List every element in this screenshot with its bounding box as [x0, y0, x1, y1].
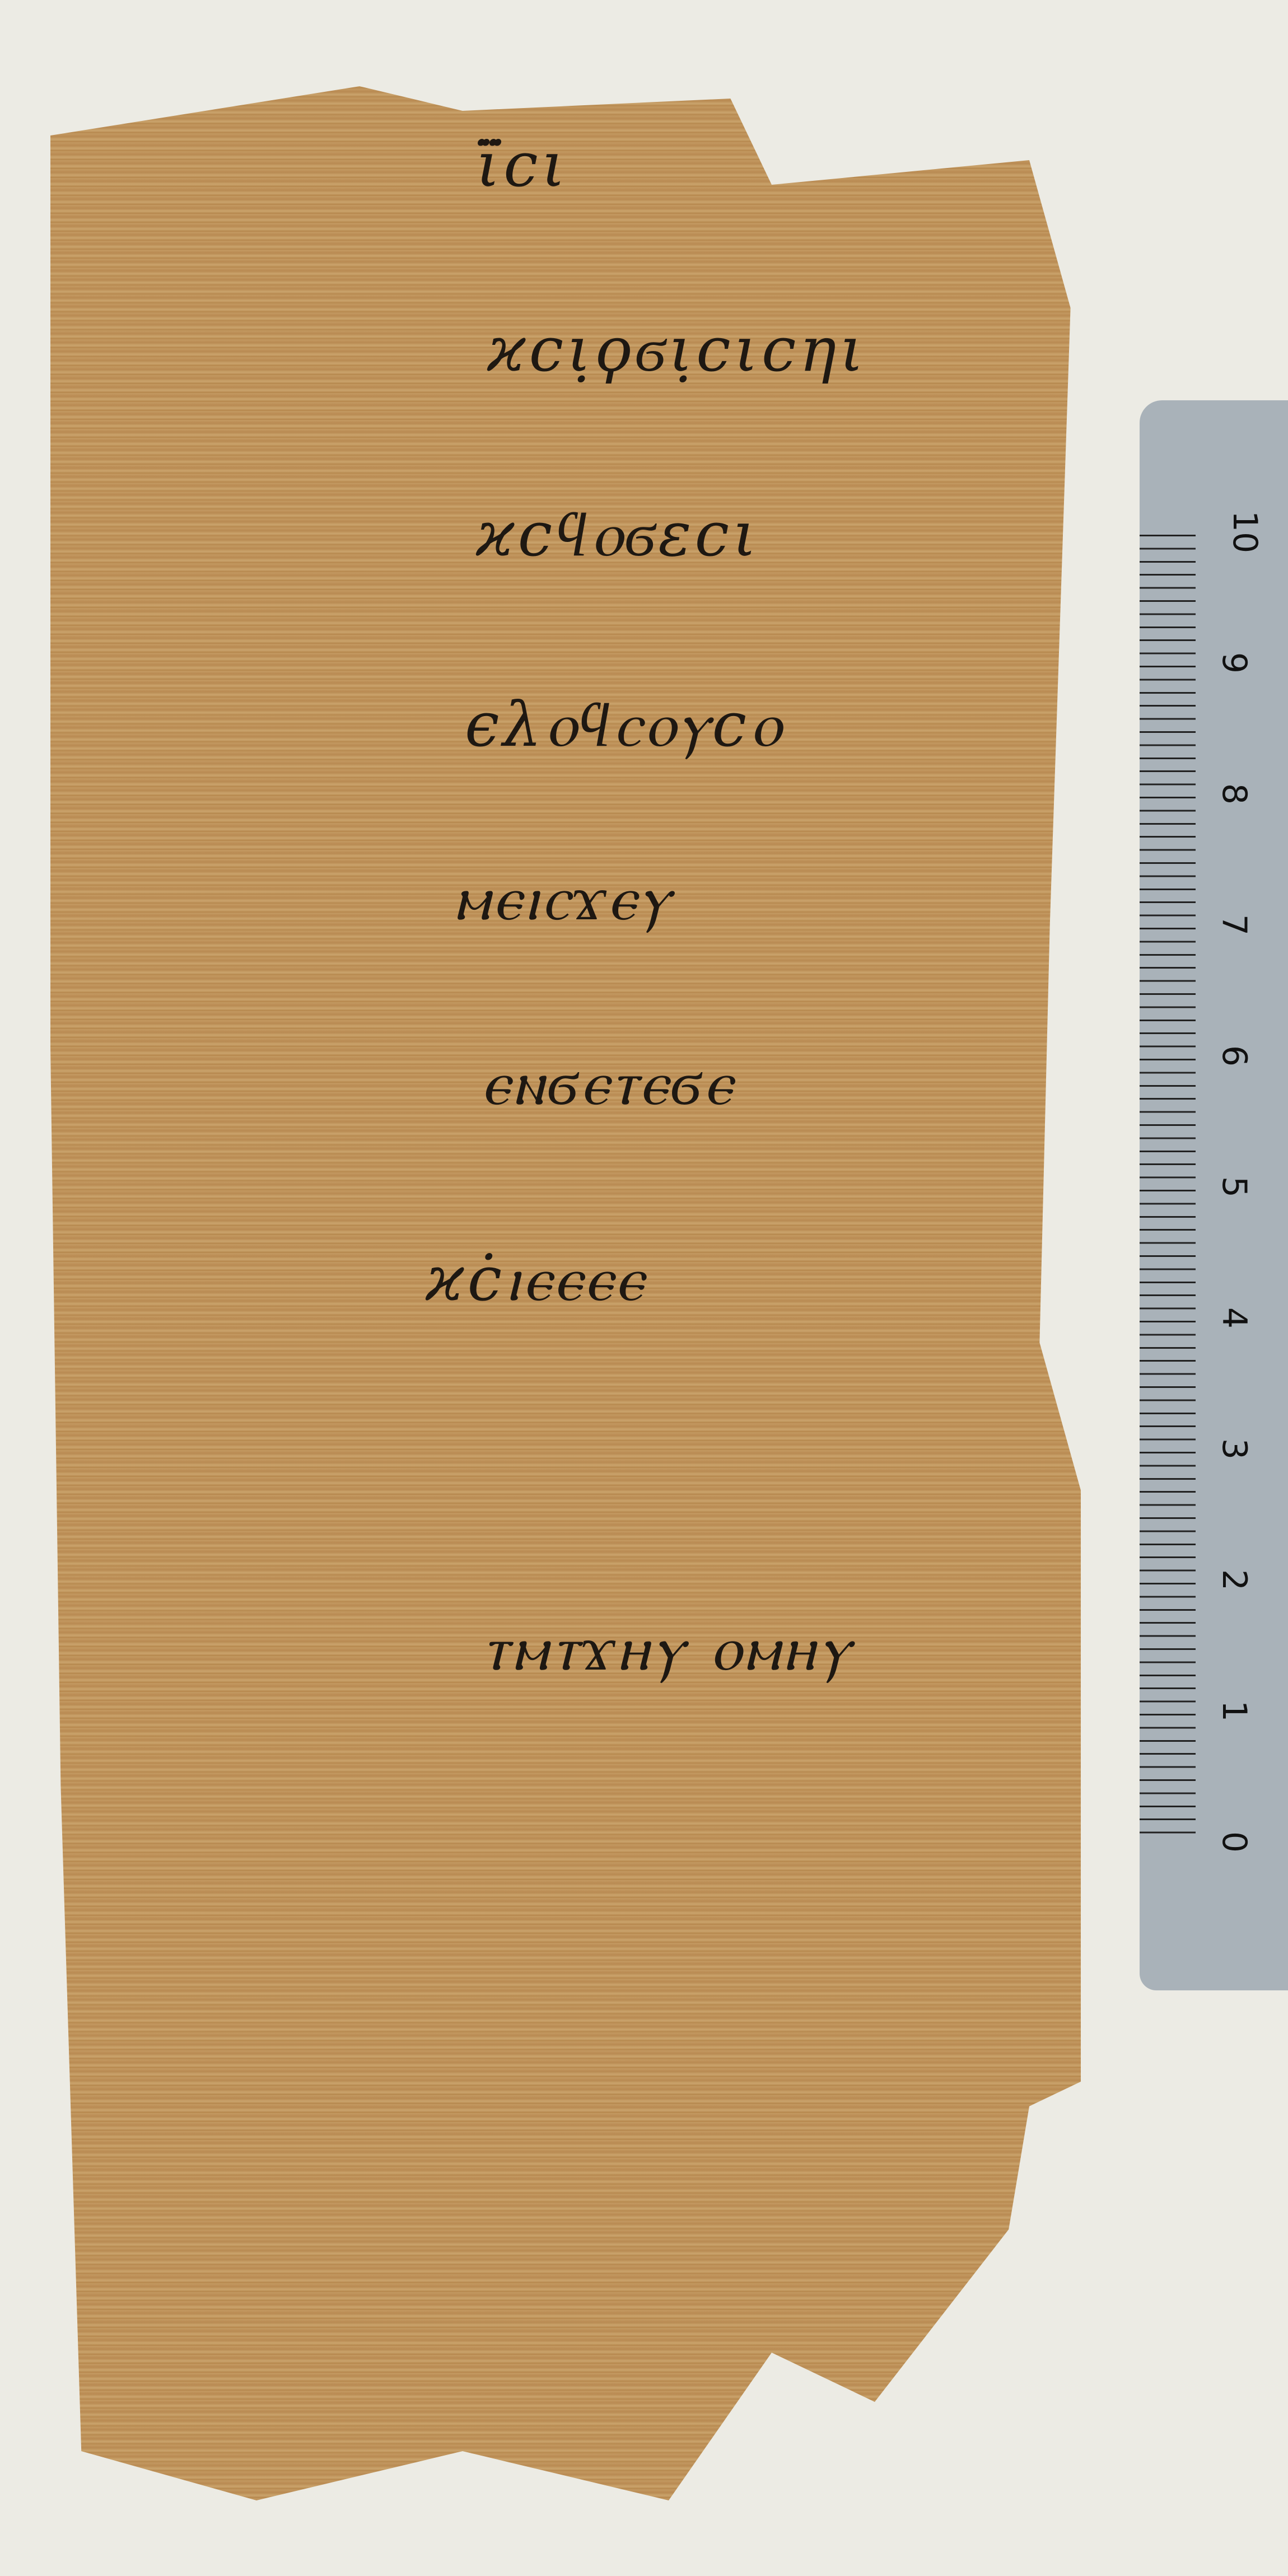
ruler-label: 7	[1215, 914, 1254, 936]
ink-line: ϰϲι̣ϙϭι̣ϲιϲηι	[487, 314, 867, 386]
ruler-label: 6	[1215, 1045, 1254, 1067]
ruler-ticks	[1140, 535, 1196, 1845]
ink-line: ϰϲ̇ⲓⲉⲉⲉⲉ	[426, 1243, 646, 1316]
ink-line: ⲧⲙⲧϫⲏⲩ ⲟⲙⲏⲩ	[482, 1612, 853, 1685]
ruler-label: 8	[1215, 783, 1254, 805]
ink-line: ϰϲϥⲟϭεϲι	[476, 498, 760, 571]
ruler: 109876543210	[1140, 400, 1288, 1990]
ink-line: ⲙⲉⲓⲥϫⲉⲩ	[454, 862, 673, 935]
ink-line: ϵλⲟϥⲥⲟⲩϲⲟ	[465, 689, 783, 761]
ruler-label: 1	[1215, 1700, 1254, 1722]
ruler-label: 0	[1215, 1831, 1254, 1853]
ruler-label: 5	[1215, 1176, 1254, 1198]
ruler-label: 2	[1215, 1569, 1254, 1591]
ink-line: ⲉⲛϭⲉⲧⲉϭⲉ	[482, 1047, 735, 1120]
ruler-label: 4	[1215, 1307, 1254, 1329]
ruler-label: 9	[1215, 652, 1254, 674]
ruler-label: 10	[1225, 511, 1264, 553]
ruler-label: 3	[1215, 1438, 1254, 1460]
ink-line: ϊ̈ϲι	[476, 129, 569, 200]
